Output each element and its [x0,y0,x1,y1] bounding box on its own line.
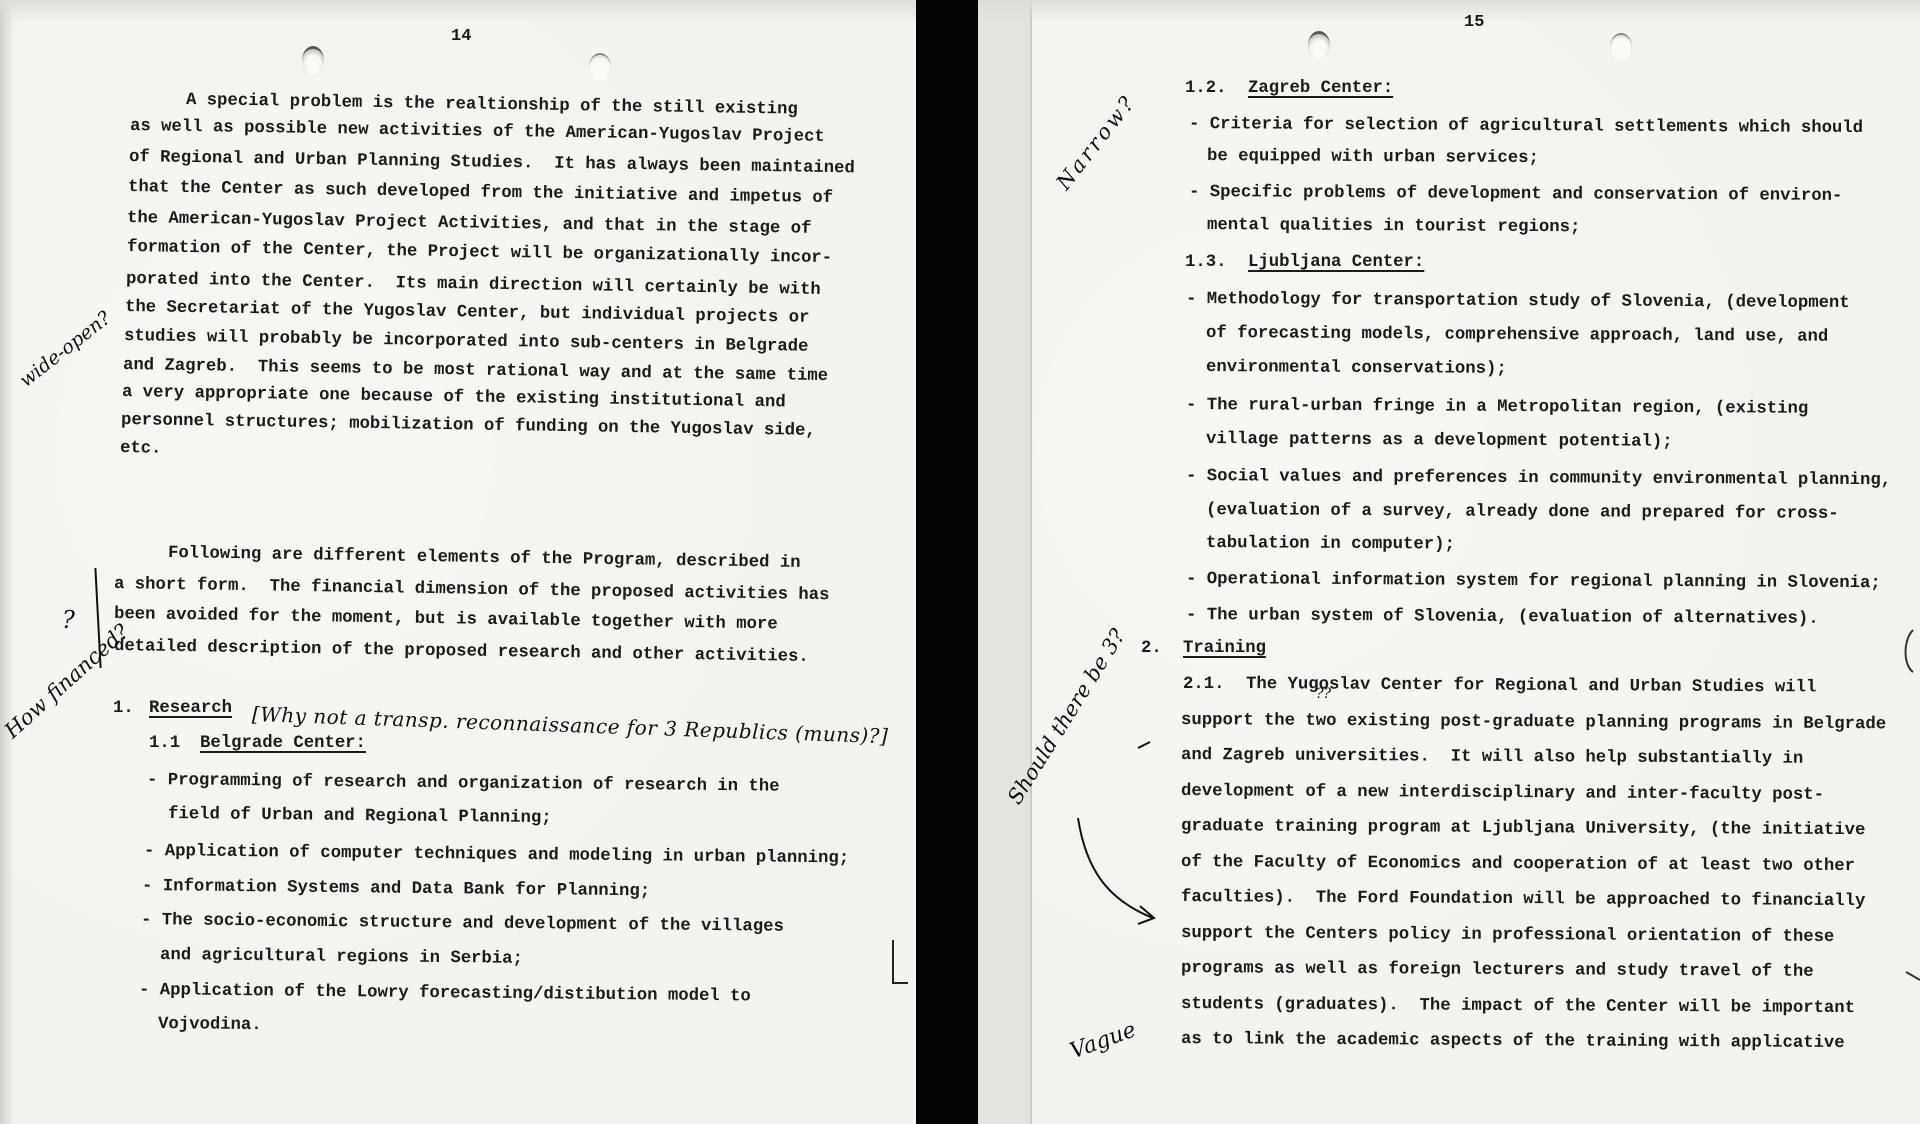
annotation-question-mark: ? [62,606,75,634]
bullet-item: - Application of the Lowry forecasting/d… [139,982,751,1006]
subsection-title: Belgrade Center: [200,735,366,752]
annotation-arrow [978,0,1920,1124]
section-title: Research [149,700,232,717]
annotation-how-financed: How financed? [0,619,134,743]
paragraph-line: been avoided for the moment, but is avai… [114,606,778,634]
punch-hole [589,53,611,81]
binding-gutter [916,0,978,1124]
subsection-number: 1.1 [149,735,180,752]
page-top-fold [0,0,916,22]
page-15: 15 1.2.Zagreb Center:- Criteria for sele… [978,0,1920,1124]
paragraph-line: etc. [120,440,162,458]
paragraph-line: detailed description of the proposed res… [114,638,809,666]
paragraph-line: personnel structures; mobilization of fu… [121,412,816,440]
bullet-item: field of Urban and Regional Planning; [168,806,552,827]
paragraph-line: porated into the Center. Its main direct… [125,271,820,299]
bullet-item: - The socio-economic structure and devel… [141,912,784,936]
paragraph-line: that the Center as such developed from t… [128,179,833,207]
bullet-item: - Application of computer techniques and… [144,843,849,868]
paragraph-line: and Zagreb. This seems to be most ration… [123,357,828,385]
paragraph-line: A special problem is the realtionship of… [186,92,798,119]
section-number: 1. [113,700,134,717]
annotation-wide-open: wide-open? [15,307,115,392]
page-14: 14 A special problem is the realtionship… [0,0,916,1124]
paragraph-line: a short form. The financial dimension of… [114,576,830,605]
paragraph-line: the American-Yugoslav Project Activities… [127,210,812,238]
paragraph-line: Following are different elements of the … [168,545,801,572]
paragraph-line: studies will probably be incorporated in… [124,328,809,356]
bullet-item: - Programming of research and organizati… [147,772,780,796]
punch-hole [302,46,324,75]
bullet-item: Vojvodina. [158,1016,262,1034]
margin-check-mark [892,940,908,984]
paragraph-line: of Regional and Urban Planning Studies. … [129,149,855,178]
page-edge-shadow [0,0,14,1124]
paragraph-line: formation of the Center, the Project wil… [126,239,831,267]
paragraph-line: as well as possible new activities of th… [130,118,825,146]
bullet-item: - Information Systems and Data Bank for … [142,878,650,901]
paragraph-line: a very appropriate one because of the ex… [122,384,786,412]
bullet-item: and agricultural regions in Serbia; [160,947,523,968]
page-number: 14 [451,27,471,46]
paragraph-line: the Secretariat of the Yugoslav Center, … [125,299,810,327]
